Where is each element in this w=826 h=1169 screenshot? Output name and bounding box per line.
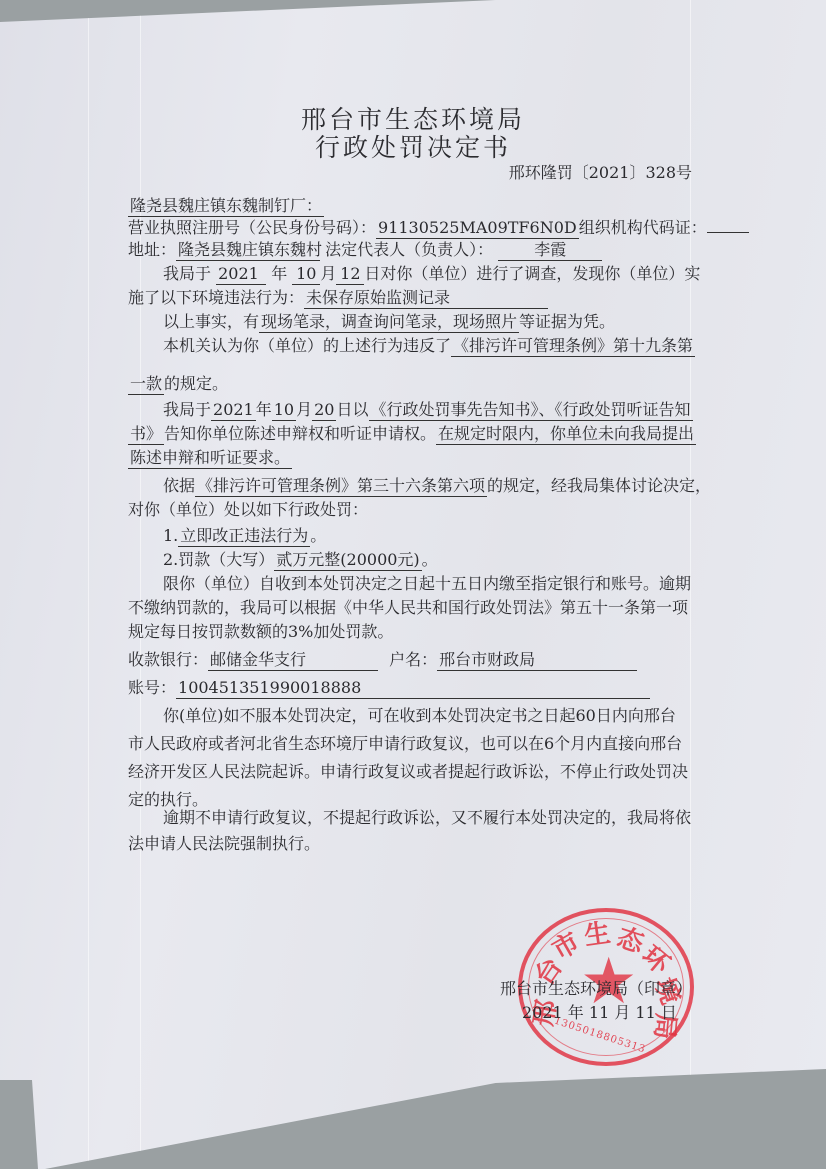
evidence-prefix: 以上事实，有 (163, 312, 259, 331)
item1-text: 立即改正违法行为 (178, 526, 310, 547)
investigation-text: 日对你（单位）进行了调查，发现你（单位）实 (364, 264, 700, 283)
notice-docs-cont: 书》 (128, 424, 164, 445)
notice-month: 10 (272, 400, 296, 421)
notice-line: 我局于2021年10月20日以《行政处罚事先告知书》、《行政处罚听证告知 (163, 400, 693, 421)
rep-value: 李霞 (498, 240, 602, 261)
appeal-line-4: 定的执行。 (128, 790, 208, 810)
legal-basis-line: 本机关认为你（单位）的上述行为违反了《排污许可管理条例》第十九条第 (163, 336, 695, 357)
investigation-prefix: 我局于 (163, 264, 211, 283)
decision-suffix: 的规定，经我局集体讨论决定， (487, 476, 711, 495)
notice-month-suffix: 月 (296, 400, 312, 419)
fold-line (140, 0, 141, 1169)
account-line: 账号：100451351990018888 (128, 678, 650, 699)
org-code-label: 组织机构代码证： (579, 218, 707, 237)
notice-docs: 《行政处罚事先告知书》、《行政处罚听证告知 (369, 400, 693, 421)
month-suffix: 月 (320, 264, 336, 283)
penalty-item-2: 2.罚款（大写）贰万元整(20000元)。 (163, 550, 438, 571)
bank-value: 邮储金华支行 (208, 650, 378, 671)
fold-line (88, 0, 89, 1169)
party-name-line: 隆尧县魏庄镇东魏制钉厂： (128, 196, 324, 217)
payee-value: 邢台市财政局 (437, 650, 637, 671)
rep-label: 法定代表人（负责人）： (325, 240, 493, 259)
appeal-line-2: 市人民政府或者河北省生态环境厅申请行政复议，也可以在6个月内直接向邢台 (128, 734, 682, 754)
legal-basis-cont-line: 一款的规定。 (128, 374, 228, 395)
penalty-item-1: 1.立即改正违法行为。 (163, 526, 326, 547)
item2-prefix: 2.罚款（大写） (163, 550, 274, 569)
address-value: 隆尧县魏庄镇东魏村 (176, 240, 320, 261)
legal-basis-law: 《排污许可管理条例》第十九条第 (451, 336, 695, 357)
payment-line-1: 限你（单位）自收到本处罚决定之日起十五日内缴至指定银行和账号。逾期 (163, 574, 691, 594)
license-label: 营业执照注册号（公民身份号码）： (128, 218, 376, 237)
appeal-line-3: 经济开发区人民法院起诉。申请行政复议或者提起行政诉讼，不停止行政处罚决 (128, 762, 688, 782)
bank-label: 收款银行： (128, 650, 208, 669)
item1-number: 1. (163, 526, 178, 545)
violation-line: 施了以下环境违法行为：未保存原始监测记录 (128, 288, 548, 309)
evidence-suffix: 等证据为凭。 (519, 312, 615, 331)
address-line: 地址：隆尧县魏庄镇东魏村 法定代表人（负责人）： 李霞 (128, 240, 602, 261)
notice-result-cont: 陈述申辩和听证要求。 (128, 448, 292, 469)
org-code-value (707, 232, 749, 233)
document-number: 邢环隆罚〔2021〕328号 (509, 160, 692, 183)
appeal-line-1: 你(单位)如不服本处罚决定，可在收到本处罚决定书之日起60日内向邢台 (163, 706, 676, 726)
item2-end: 。 (422, 550, 438, 569)
notice-prefix: 我局于 (163, 400, 211, 419)
license-line: 营业执照注册号（公民身份号码）：91130525MA09TF6N0D组织机构代码… (128, 218, 749, 239)
investigation-year: 2021 (216, 264, 266, 285)
payee-label: 户名： (389, 650, 437, 669)
notice-year: 2021 (211, 400, 256, 421)
signature-date: 2021 年 11 月 11 日 (522, 1000, 677, 1023)
violation-label: 施了以下环境违法行为： (128, 288, 304, 307)
account-value: 100451351990018888 (176, 678, 650, 699)
legal-basis-law-cont: 一款 (128, 374, 164, 395)
investigation-line: 我局于 2021 年 10月12日对你（单位）进行了调查，发现你（单位）实 (163, 264, 700, 285)
investigation-day: 12 (336, 264, 364, 285)
document-type-title: 行政处罚决定书 (0, 128, 826, 164)
decision-line: 依据《排污许可管理条例》第三十六条第六项的规定，经我局集体讨论决定， (163, 476, 711, 497)
violation-value: 未保存原始监测记录 (304, 288, 548, 309)
enforcement-line-1: 逾期不申请行政复议，不提起行政诉讼，又不履行本处罚决定的，我局将依 (163, 808, 691, 828)
signature-org: 邢台市生态环境局（印章） (500, 976, 692, 999)
bank-line: 收款银行：邮储金华支行 户名：邢台市财政局 (128, 650, 637, 671)
document-page: 邢台市生态环境局 行政处罚决定书 邢环隆罚〔2021〕328号 隆尧县魏庄镇东魏… (0, 0, 826, 1169)
evidence-line: 以上事实，有现场笔录，调查询问笔录，现场照片等证据为凭。 (163, 312, 615, 333)
legal-basis-prefix: 本机关认为你（单位）的上述行为违反了 (163, 336, 451, 355)
payment-line-2: 不缴纳罚款的，我局可以根据《中华人民共和国行政处罚法》第五十一条第一项 (128, 598, 688, 618)
decision-text: 对你（单位）处以如下行政处罚： (128, 500, 368, 519)
party-name: 隆尧县魏庄镇东魏制钉厂： (128, 196, 324, 217)
notice-result: 在规定时限内，你单位未向我局提出 (436, 424, 696, 445)
payment-line-3: 规定每日按罚款数额的3%加处罚款。 (128, 622, 393, 642)
year-suffix: 年 (271, 264, 287, 283)
decision-line-2: 对你（单位）处以如下行政处罚： (128, 500, 368, 520)
license-value: 91130525MA09TF6N0D (376, 218, 579, 239)
evidence-value: 现场笔录，调查询问笔录，现场照片 (259, 312, 519, 333)
notice-line-2: 书》告知你单位陈述申辩权和听证申请权。在规定时限内，你单位未向我局提出 (128, 424, 696, 445)
investigation-month: 10 (292, 264, 320, 285)
fine-amount: 贰万元整(20000元) (274, 550, 421, 571)
item1-end: 。 (310, 526, 326, 545)
decision-law: 《排污许可管理条例》第三十六条第六项 (195, 476, 487, 497)
legal-basis-suffix: 的规定。 (164, 374, 228, 393)
enforcement-line-2: 法申请人民法院强制执行。 (128, 834, 320, 854)
account-label: 账号： (128, 678, 176, 697)
notice-year-suffix: 年 (256, 400, 272, 419)
notice-line-3: 陈述申辩和听证要求。 (128, 448, 292, 469)
notice-day: 20 (312, 400, 336, 421)
decision-prefix: 依据 (163, 476, 195, 495)
notice-text: 告知你单位陈述申辩权和听证申请权。 (164, 424, 436, 443)
address-label: 地址： (128, 240, 176, 259)
notice-day-suffix: 日以 (336, 400, 368, 419)
